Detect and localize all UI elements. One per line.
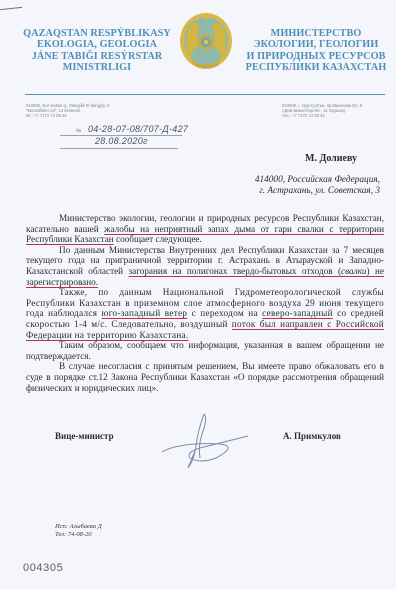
signer-title: Вице-министр bbox=[55, 431, 114, 441]
recipient-address-line: 414000, Российская Федерация, bbox=[255, 175, 380, 186]
address-line: тел.: +7 7172 74 08 44 bbox=[282, 113, 397, 118]
letterhead-kazakh-line: EKOLOGIA, GEOLOGIA bbox=[22, 39, 172, 50]
letterhead-kazakh-line: MINISTRLIGI bbox=[22, 62, 172, 73]
letterhead-russian-line: РЕСПУБЛИКИ КАЗАХСТАН bbox=[237, 62, 395, 73]
underlined-wind-southwest: юго-западный ветер bbox=[102, 308, 188, 318]
registration-number: 04-28-07-08/707-Д-427 bbox=[88, 124, 188, 134]
signer-name: А. Примкулов bbox=[283, 431, 341, 441]
recipient-address-line: г. Астрахань, ул. Советская, 3 bbox=[255, 186, 380, 197]
ministry-address-kazakh: 010000, Nur-Sultan q., Mángilik El dańgy… bbox=[26, 103, 146, 119]
letterhead-russian-line: И ПРИРОДНЫХ РЕСУРСОВ bbox=[237, 51, 395, 62]
text: загорания на полигонах твердо-бытовых от… bbox=[129, 266, 342, 276]
executor-info: Исп: Агыбаева Д Тел: 74-08-20 bbox=[55, 523, 102, 539]
letterhead-kazakh: QAZAQSTAN RESPÝBLIKASY EKOLOGIA, GEOLOGI… bbox=[22, 28, 172, 73]
letterhead-divider bbox=[25, 94, 385, 95]
underlined-wind-northwest: северо-западный bbox=[262, 308, 333, 318]
scan-border-right bbox=[396, 0, 403, 594]
paragraph-3: Также, по данным Национальной Гидрометео… bbox=[26, 287, 384, 340]
letterhead-kazakh-line: JÁNE TABIĞI RESÝRSTAR bbox=[22, 51, 172, 62]
registration-date-line bbox=[60, 148, 178, 149]
paragraph-2: По данным Министерства Внутренних дел Ре… bbox=[26, 245, 384, 287]
recipient-name: М. Долиеву bbox=[305, 153, 357, 164]
letterhead-russian-line: МИНИСТЕРСТВО bbox=[237, 28, 395, 39]
letterhead-russian: МИНИСТЕРСТВО ЭКОЛОГИИ, ГЕОЛОГИИ И ПРИРОД… bbox=[237, 28, 395, 73]
letter-body: Министерство экологии, геологии и природ… bbox=[26, 213, 384, 393]
text: с переходом на bbox=[187, 308, 262, 318]
text: сообщает следующее. bbox=[114, 234, 202, 244]
letterhead-russian-line: ЭКОЛОГИИ, ГЕОЛОГИИ bbox=[237, 39, 395, 50]
ministry-address-russian: 010000, г. Нур-Султан, пр.Мангилик Ел, 8… bbox=[282, 103, 397, 119]
document-serial-number: 004305 bbox=[23, 562, 63, 574]
registration-date: 28.08.2020г bbox=[95, 136, 148, 146]
executor-phone: Тел: 74-08-20 bbox=[55, 531, 102, 539]
letterhead-kazakh-line: QAZAQSTAN RESPÝBLIKASY bbox=[22, 28, 172, 39]
state-emblem-icon bbox=[178, 11, 234, 71]
address-line: tel.: +7 7172 74 08 44 bbox=[26, 113, 146, 118]
recipient-address: 414000, Российская Федерация, г. Астраха… bbox=[255, 175, 380, 197]
text: свалки bbox=[341, 266, 367, 276]
paragraph-4: Таким образом, сообщаем что информация, … bbox=[26, 340, 384, 361]
paragraph-5: В случае несогласия с принятым решением,… bbox=[26, 361, 384, 393]
registration-number-prefix: № bbox=[76, 128, 81, 134]
scan-border-bottom bbox=[0, 590, 403, 594]
paragraph-1: Министерство экологии, геологии и природ… bbox=[26, 213, 384, 245]
executor-name: Исп: Агыбаева Д bbox=[55, 523, 102, 531]
signature-icon bbox=[160, 412, 260, 472]
